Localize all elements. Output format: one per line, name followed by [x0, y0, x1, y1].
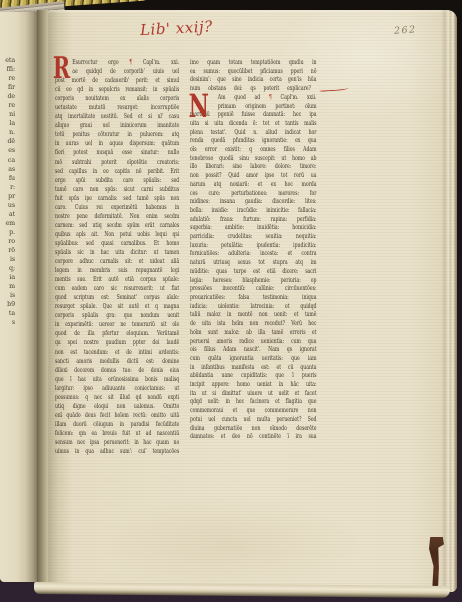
text-line: felicem: qm ea breuis fuit ut ad nascent… — [55, 429, 179, 438]
text-line: damnatos: et deo nō continēte ī ira sua — [190, 432, 316, 441]
facing-page-text-fragment: rō — [0, 246, 15, 255]
text-line: in auras uel in aquas dispersum: quātum — [55, 139, 179, 148]
text-line: mentis sue. Erit autē etiā corpus spūale… — [55, 275, 179, 284]
folio-number: 262 — [394, 24, 417, 37]
text-line: que ī hac uita erūnosissima bonis malisq — [55, 375, 179, 384]
text-line: fornicatiōes: adulteria: incesta: et con… — [190, 249, 316, 258]
chapter-label: Capl'm. xxi. — [143, 58, 179, 66]
text-line: fuit spūs ipe carnalis: sed tamē spūs no… — [55, 194, 179, 203]
text-line: spūalis sic in hac uita dicitur: ut tame… — [55, 248, 179, 257]
text-line: ea sumus: quocūlibet pficiamus pperi nō — [190, 67, 316, 76]
text-line: commemoraui et que commemorare non — [190, 406, 316, 415]
text-line: in infantibus manifesta est: et cū quant… — [190, 363, 316, 372]
facing-page-text-fragment: ni — [0, 110, 15, 119]
text-line: dilexi decorem domus tue: de donis eius — [55, 366, 179, 375]
text-line: bella: insidie: iracūdie: inimicitie: fa… — [190, 206, 316, 215]
pilcrow-icon: ¶ — [129, 58, 132, 66]
text-line: uimus in qua adhuc sum': cui' temptacōes — [55, 447, 179, 456]
photo-background: etaffi:refirderenilan.dēescaasfur:prusat… — [0, 0, 462, 602]
gutter-crease — [37, 10, 48, 592]
text-line: nostre pene deformitatē. Non enim secdm — [55, 212, 179, 221]
text-line: quod scriptum est: Seminat' corpus aīale… — [55, 293, 179, 302]
text-line: pressiōes inocentiū: calūnie: circūuentō… — [190, 284, 316, 293]
facing-page-text-fragment: fir — [0, 83, 15, 92]
text-line: legia: hereses: blasphemie: periuria: op — [190, 276, 316, 285]
text-line: largitur: ipso adiuuante coniectamus: ut — [55, 384, 179, 393]
text-line: atq imortalitate uestitū. Sed et si ul' … — [55, 112, 179, 121]
text-line: incipit appere: homo ueniat in hāc uita: — [190, 380, 316, 389]
text-line: tamē caro non spūs: sicut carni subditus — [55, 185, 179, 194]
book-number-heading: Lib' xxij? — [140, 15, 261, 39]
text-line: uetustate mutatū resurget: incorruptiōe — [55, 103, 179, 112]
facing-page-text-fragment: dē — [0, 137, 15, 146]
facing-page-text-fragment: s — [0, 318, 15, 327]
text-line: oīs error existit: q omnes filios Adam — [190, 145, 316, 154]
facing-page-text-fragment: ca — [0, 156, 15, 165]
text-line: illam duorū cōiugum in paradisi fecūdita… — [55, 420, 179, 429]
text-line: corporis nouitatem ex aīalis corporis — [55, 94, 179, 103]
text-line: mortaliū pgeniē fuisse damnatā: hec ipa — [190, 110, 316, 119]
text-line: quod de illa pfertur eloquium. Verūtamē — [55, 329, 179, 338]
facing-page-text-fragment: fu — [0, 174, 15, 183]
text-line: adulatiō: fraus: furtum: rapina: perfidi… — [190, 215, 316, 224]
text-line: imo quam totam temptatiōem qmdiu in — [190, 58, 316, 67]
text-line: preuaricatiōes: falsa testimonia: iniqua — [190, 293, 316, 302]
text-line: qa spei nostre gaudium ppter dei laudē — [55, 338, 179, 347]
facing-page-text-fragment: b9 — [0, 300, 15, 309]
rubricated-initial-n: N — [189, 91, 209, 121]
text-line: spūalibus: sed quasi carnalibus. Et homo — [55, 239, 179, 248]
text-column-left: R Esurrectur ergo ¶ Capl'm. xxi. ae quid… — [55, 58, 179, 456]
text-line: sensum nec ipsa peruenerit: in hac quam … — [55, 438, 179, 447]
text-line: corporis spūalis gra: que nondum uenit — [55, 311, 179, 320]
facing-page-text-fragment: la — [0, 119, 15, 128]
text-line: naturā utriusq sexus tot stupra atq im — [190, 258, 316, 267]
facing-page-text-fragment: is — [0, 255, 15, 264]
text-line: fieri potest nusquā esse sinatur: nullo — [55, 148, 179, 157]
text-line: illo liberari: sine labore: dolore: timo… — [190, 162, 316, 171]
text-line: narum atq noxiarū: et ex hoc morda — [190, 180, 316, 189]
text-line: ois filius Adam nascit'. Nam qs ignorat — [190, 345, 316, 354]
facing-page-text-fragment: ro — [0, 237, 15, 246]
text-line: sed capillus in eo capitis nō peribit. E… — [55, 167, 179, 176]
rubric-flourish-icon — [319, 86, 348, 91]
text-line-with-flourish: num obstans dei: qs poterit explicare? — [190, 84, 316, 93]
text-line: resurget spūale. Que sit autē et q magna — [55, 302, 179, 311]
text-line: superbia: ambitio: inuidētia: homicidia: — [190, 223, 316, 232]
text-line: cū eo qd in sepulcris remansit: in spūal… — [55, 85, 179, 94]
text-line: carnem: sed utiq secdm spūm erāt carnale… — [55, 221, 179, 230]
text-line: aliquo graui uel inimicorum imanitate — [55, 121, 179, 130]
chapter-opening-line: Esurrectur ergo ¶ Capl'm. xxi. — [55, 58, 179, 67]
text-line: plena testat'. Quid n. aliud indicat hor — [190, 128, 316, 137]
manuscript-page: Lib' xxij? 262 R Esurrectur ergo ¶ Capl'… — [48, 10, 457, 592]
facing-page-text-fragment: is — [0, 291, 15, 300]
rubricated-initial-r: R — [53, 55, 70, 83]
text-line: mūditie: quas turpe est etiā dicere: sac… — [190, 267, 316, 276]
text-line: qdqd uelit: in hec facinora et flagitia … — [190, 397, 316, 406]
facing-page-edge: etaffi:refirderenilan.dēescaasfur:prusat… — [0, 12, 37, 582]
text-line: post mortē de cadauerib' perit: et simul — [55, 76, 179, 85]
facing-page-text-fragment: n. — [0, 128, 15, 137]
text-line: taliū maloz in mentē non uenit: et tamē — [190, 310, 316, 319]
text-line: uita si uita dicenda ē: tot et tantis ma… — [190, 119, 316, 128]
text-line: potui uel cuncta uel multa perueniet? Se… — [190, 415, 316, 424]
facing-page-text-fragment: ia — [0, 273, 15, 282]
text-line: diuina gubernatiōe non oīmodo deserēte — [190, 424, 316, 433]
facing-page-text-fragment: us — [0, 201, 15, 210]
text-line: mō subtrahi poterit oīpotētie creatoris: — [55, 158, 179, 167]
facing-page-text-fragment: eta — [0, 56, 15, 65]
text-line: abūdantia uane cupiditatis: que ī pueris — [190, 371, 316, 380]
facing-page-text-fragment: re — [0, 101, 15, 110]
text-line: ergo spūi subdita caro spūalis: sed — [55, 176, 179, 185]
text-line: parricidia: crudelitas: seuitia: nequiti… — [190, 232, 316, 241]
facing-page-text-fragment: q; — [0, 264, 15, 273]
text-line: corpore adhuc carnalis sit: et uideat al… — [55, 257, 179, 266]
facing-page-text-fragment: m — [0, 282, 15, 291]
text-line: peruersi amoris radice uenientia: cum qu… — [190, 337, 316, 346]
text-line: desinim': que sine indicia certa gen'is … — [190, 75, 316, 84]
text-line: tenebroso quodā sinu suscepit: ut homo a… — [190, 154, 316, 163]
facing-page-text-fragment: at — [0, 210, 15, 219]
text-line: totū penitus cōteratur in puluerem: atq — [55, 130, 179, 139]
facing-page-text-fragment: re — [0, 74, 15, 83]
text-line: non possit? Quid amor ipse tot rerū ua — [190, 171, 316, 180]
text-line: legem in membris suis repugnantē legi — [55, 266, 179, 275]
text-lines: mortaliū pgeniē fuisse damnatā: hec ipau… — [190, 110, 316, 441]
fore-edge — [441, 10, 457, 592]
pilcrow-icon: ¶ — [269, 93, 272, 101]
text-line: enī quādo deus fecit hoīem rectū: omitto… — [55, 411, 179, 420]
text-line: hoīm sunt maloz: ab illa tamē erroris et — [190, 328, 316, 337]
text-line: cum eadem caro sic resurrexerit: ut fiat — [55, 284, 179, 293]
facing-page-text-fragment: ta — [0, 309, 15, 318]
text-line: possumus: q nec sit illud qd nondū expti — [55, 393, 179, 402]
facing-page-text-fragment: ffi: — [0, 65, 15, 74]
text-line: iudicia: uiolentie: latrocinia: et quidq… — [190, 302, 316, 311]
text-line: ces cure: perturbationes: merores: for — [190, 189, 316, 198]
facing-page-text-fragments: etaffi:refirderenilan.dēescaasfur:prusat… — [0, 56, 15, 327]
text-line: cum quāta ignorantia ueritatis: que iam — [190, 354, 316, 363]
text-line: caro. Cuius rei experimētū habemus in — [55, 203, 179, 212]
facing-page-text-fragment: em — [0, 219, 15, 228]
text-lines: imo quam totam temptatiōem qmdiu inea su… — [190, 58, 316, 84]
chapter-label: Capl'm. xxii. — [281, 93, 317, 101]
text-line: utiq digne eloqui non ualemus. Omitto — [55, 402, 179, 411]
text-line: non est tacendum: et de intimi ardentis: — [55, 348, 179, 357]
text-line: primam originem pertinet: oīum — [190, 102, 316, 111]
text-line: de uita ista hoīm non recedut? Verū hec — [190, 319, 316, 328]
facing-page-text-fragment: de — [0, 92, 15, 101]
facing-page-text-fragment: es — [0, 146, 15, 155]
text-line: in experimētū: uereor ne temerariū sit o… — [55, 320, 179, 329]
text-line: renda quedā pfunditas ignorantie: ex qua — [190, 136, 316, 145]
text-line: ae quidqd de corporib' uiuis uel — [55, 67, 179, 76]
facing-page-text-fragment: r: — [0, 183, 15, 192]
text-line: luxuria: petulātia: ipudentia: ipudiciti… — [190, 241, 316, 250]
facing-page-text-fragment: as — [0, 165, 15, 174]
text-line: quibus apls ait. Non potui uobis loqui q… — [55, 230, 179, 239]
text-line: sancti amoris medullis dictū est: domine — [55, 357, 179, 366]
opening-words: Am quod ad — [218, 93, 260, 101]
chapter-opening-line: Am quod ad ¶ Capl'm. xxii. — [190, 93, 316, 102]
facing-page-text-fragment: p. — [0, 228, 15, 237]
text-line: ita ut si dimittat' uiuere ut uelit et f… — [190, 389, 316, 398]
text-column-right: imo quam totam temptatiōem qmdiu inea su… — [190, 58, 316, 441]
text-lines: post mortē de cadauerib' perit: et simul… — [55, 76, 179, 456]
facing-page-text-fragment: pr — [0, 192, 15, 201]
opening-words: Esurrectur ergo — [72, 58, 118, 66]
text-line: midines: insana gaudia: discordie: lites… — [190, 197, 316, 206]
